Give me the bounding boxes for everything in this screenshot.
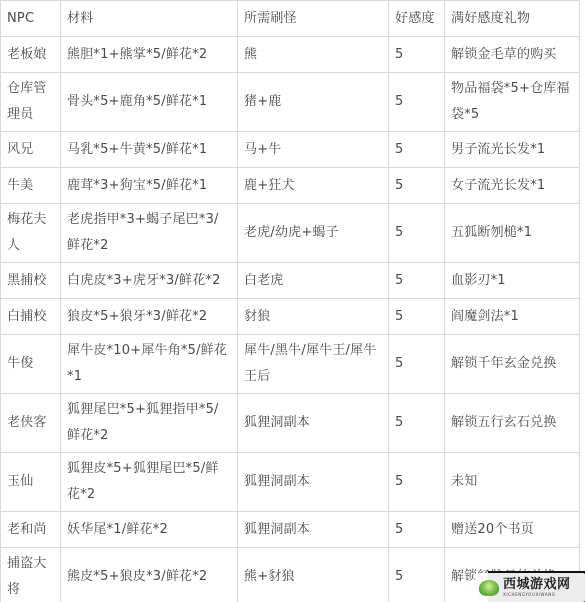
cell-npc: 牛俊	[1, 335, 61, 394]
cell-materials: 骨头*5+鹿角*5/鲜花*1	[61, 73, 238, 132]
cell-monsters: 猪+鹿	[238, 73, 389, 132]
header-monsters: 所需刷怪	[238, 1, 389, 37]
watermark: 西城游戏网 XICHENGYOUXIWANG	[475, 573, 585, 602]
cell-gift: 男子流光长发*1	[445, 132, 580, 168]
cell-npc: 仓库管理员	[1, 73, 61, 132]
cell-npc: 黑捕校	[1, 263, 61, 299]
table-row: 玉仙 狐狸皮*5+狐狸尾巴*5/鲜花*2 狐狸洞副本 5 未知	[1, 453, 580, 512]
site-logo-icon	[479, 580, 499, 596]
cell-favor: 5	[389, 394, 445, 453]
cell-materials: 狐狸皮*5+狐狸尾巴*5/鲜花*2	[61, 453, 238, 512]
cell-monsters: 鹿+狂犬	[238, 168, 389, 204]
cell-materials: 妖华尾*1/鲜花*2	[61, 512, 238, 548]
cell-materials: 马乳*5+牛黄*5/鲜花*1	[61, 132, 238, 168]
cell-favor: 5	[389, 548, 445, 602]
table-row: 梅花夫人 老虎指甲*3+蝎子尾巴*3/鲜花*2 老虎/幼虎+蝎子 5 五狐断刎槌…	[1, 204, 580, 263]
cell-monsters: 豺狼	[238, 299, 389, 335]
cell-favor: 5	[389, 453, 445, 512]
cell-gift: 解锁五行玄石兑换	[445, 394, 580, 453]
cell-npc: 白捕校	[1, 299, 61, 335]
cell-materials: 熊皮*5+狼皮*3/鲜花*2	[61, 548, 238, 602]
table-row: 老板娘 熊胆*1+熊掌*5/鲜花*2 熊 5 解锁金毛草的购买	[1, 37, 580, 73]
cell-favor: 5	[389, 512, 445, 548]
header-materials: 材料	[61, 1, 238, 37]
cell-gift: 女子流光长发*1	[445, 168, 580, 204]
header-favor: 好感度	[389, 1, 445, 37]
table-row: 牛俊 犀牛皮*10+犀牛角*5/鲜花*1 犀牛/黑牛/犀牛王/犀牛王后 5 解锁…	[1, 335, 580, 394]
npc-favor-table: NPC 材料 所需刷怪 好感度 满好感度礼物 老板娘 熊胆*1+熊掌*5/鲜花*…	[0, 0, 580, 602]
cell-gift: 五狐断刎槌*1	[445, 204, 580, 263]
cell-favor: 5	[389, 73, 445, 132]
cell-gift: 赠送20个书页	[445, 512, 580, 548]
table-row: 老和尚 妖华尾*1/鲜花*2 狐狸洞副本 5 赠送20个书页	[1, 512, 580, 548]
cell-materials: 狐狸尾巴*5+狐狸指甲*5/鲜花*2	[61, 394, 238, 453]
cell-materials: 犀牛皮*10+犀牛角*5/鲜花*1	[61, 335, 238, 394]
cell-gift: 解锁金毛草的购买	[445, 37, 580, 73]
cell-npc: 牛美	[1, 168, 61, 204]
watermark-subtitle: XICHENGYOUXIWANG	[503, 593, 571, 597]
cell-favor: 5	[389, 299, 445, 335]
cell-favor: 5	[389, 263, 445, 299]
cell-npc: 老侠客	[1, 394, 61, 453]
cell-materials: 老虎指甲*3+蝎子尾巴*3/鲜花*2	[61, 204, 238, 263]
cell-monsters: 老虎/幼虎+蝎子	[238, 204, 389, 263]
cell-npc: 老和尚	[1, 512, 61, 548]
cell-favor: 5	[389, 204, 445, 263]
table-header-row: NPC 材料 所需刷怪 好感度 满好感度礼物	[1, 1, 580, 37]
cell-monsters: 熊	[238, 37, 389, 73]
cell-materials: 狼皮*5+狼牙*3/鲜花*2	[61, 299, 238, 335]
cell-gift: 血影刃*1	[445, 263, 580, 299]
table-row: 牛美 鹿茸*3+狗宝*5/鲜花*1 鹿+狂犬 5 女子流光长发*1	[1, 168, 580, 204]
cell-gift: 阎魔剑法*1	[445, 299, 580, 335]
cell-npc: 老板娘	[1, 37, 61, 73]
cell-favor: 5	[389, 168, 445, 204]
cell-materials: 白虎皮*3+虎牙*3/鲜花*2	[61, 263, 238, 299]
cell-favor: 5	[389, 335, 445, 394]
cell-monsters: 犀牛/黑牛/犀牛王/犀牛王后	[238, 335, 389, 394]
table-row: 白捕校 狼皮*5+狼牙*3/鲜花*2 豺狼 5 阎魔剑法*1	[1, 299, 580, 335]
cell-gift: 解锁千年玄金兑换	[445, 335, 580, 394]
cell-npc: 梅花夫人	[1, 204, 61, 263]
cell-npc: 玉仙	[1, 453, 61, 512]
header-npc: NPC	[1, 1, 61, 37]
cell-monsters: 狐狸洞副本	[238, 512, 389, 548]
cell-monsters: 马+牛	[238, 132, 389, 168]
cell-monsters: 白老虎	[238, 263, 389, 299]
cell-npc: 捕盗大将	[1, 548, 61, 602]
cell-favor: 5	[389, 37, 445, 73]
cell-materials: 鹿茸*3+狗宝*5/鲜花*1	[61, 168, 238, 204]
header-gift: 满好感度礼物	[445, 1, 580, 37]
table-row: 老侠客 狐狸尾巴*5+狐狸指甲*5/鲜花*2 狐狸洞副本 5 解锁五行玄石兑换	[1, 394, 580, 453]
cell-monsters: 狐狸洞副本	[238, 453, 389, 512]
cell-materials: 熊胆*1+熊掌*5/鲜花*2	[61, 37, 238, 73]
cell-monsters: 熊+豺狼	[238, 548, 389, 602]
cell-gift: 物品福袋*5+仓库福袋*5	[445, 73, 580, 132]
watermark-text: 西城游戏网 XICHENGYOUXIWANG	[503, 578, 571, 597]
cell-npc: 风兄	[1, 132, 61, 168]
table-row: 风兄 马乳*5+牛黄*5/鲜花*1 马+牛 5 男子流光长发*1	[1, 132, 580, 168]
cell-monsters: 狐狸洞副本	[238, 394, 389, 453]
table-row: 黑捕校 白虎皮*3+虎牙*3/鲜花*2 白老虎 5 血影刃*1	[1, 263, 580, 299]
cell-gift: 未知	[445, 453, 580, 512]
cell-favor: 5	[389, 132, 445, 168]
table-row: 仓库管理员 骨头*5+鹿角*5/鲜花*1 猪+鹿 5 物品福袋*5+仓库福袋*5	[1, 73, 580, 132]
watermark-title: 西城游戏网	[503, 578, 571, 591]
